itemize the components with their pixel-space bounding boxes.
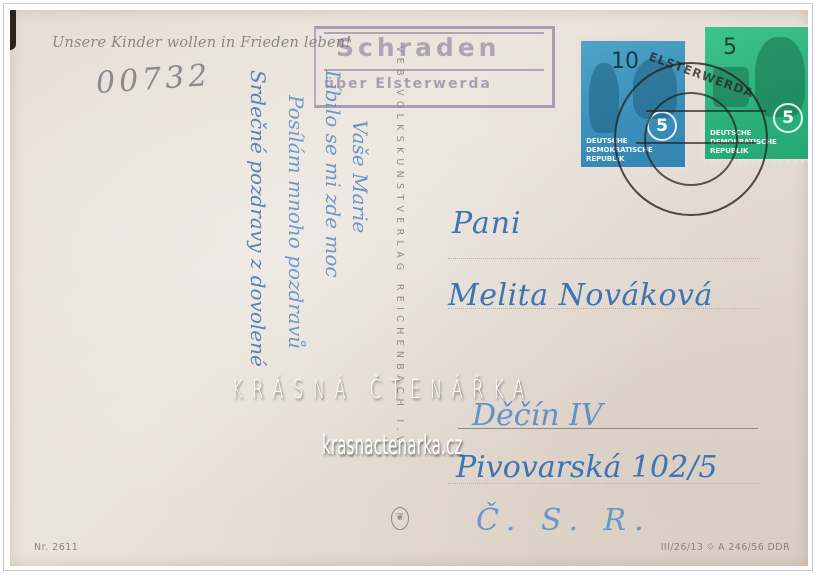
message-line: Vaše Marie — [348, 120, 372, 233]
card-number: Nr. 2611 — [34, 542, 78, 553]
stamp-value: 10 — [611, 49, 639, 74]
address-rule — [448, 258, 760, 259]
message-line: Srdečné pozdravy z dovolené — [246, 70, 270, 367]
postmark-rule-middle — [324, 69, 544, 71]
rectangular-postmark: Schraden über Elsterwerda — [314, 26, 555, 108]
address-street: Pivovarská 102/5 — [456, 450, 717, 485]
postmark-via: über Elsterwerda — [324, 76, 492, 92]
postmark-bar — [646, 110, 766, 112]
watermark-title: KRÁSNÁ ČTENÁŘKA — [232, 375, 534, 405]
postmark-inner-ring — [644, 92, 738, 186]
watermark-url: krasnactenarka.cz — [322, 430, 463, 461]
stamp-value: 5 — [723, 35, 737, 60]
message-line: Líbilo se mi zde moc — [321, 70, 345, 278]
printed-motto: Unsere Kinder wollen in Frieden leben! — [52, 35, 351, 51]
postmark-town: Schraden — [336, 33, 500, 62]
message-line: Posílám mnoho pozdravů — [284, 95, 308, 349]
postcard: Unsere Kinder wollen in Frieden leben! 0… — [10, 10, 808, 566]
address-recipient: Melita Nováková — [448, 278, 713, 313]
print-code: III/26/13 ⟐ A 246/56 DDR — [661, 542, 790, 553]
postmark-bar — [636, 142, 756, 144]
address-country: Č. S. R. — [476, 503, 652, 538]
address-salutation: Pani — [452, 206, 522, 241]
pencil-inventory-number: 00732 — [95, 58, 213, 101]
volkskunstverlag-logo-icon: ❦ — [391, 507, 409, 530]
